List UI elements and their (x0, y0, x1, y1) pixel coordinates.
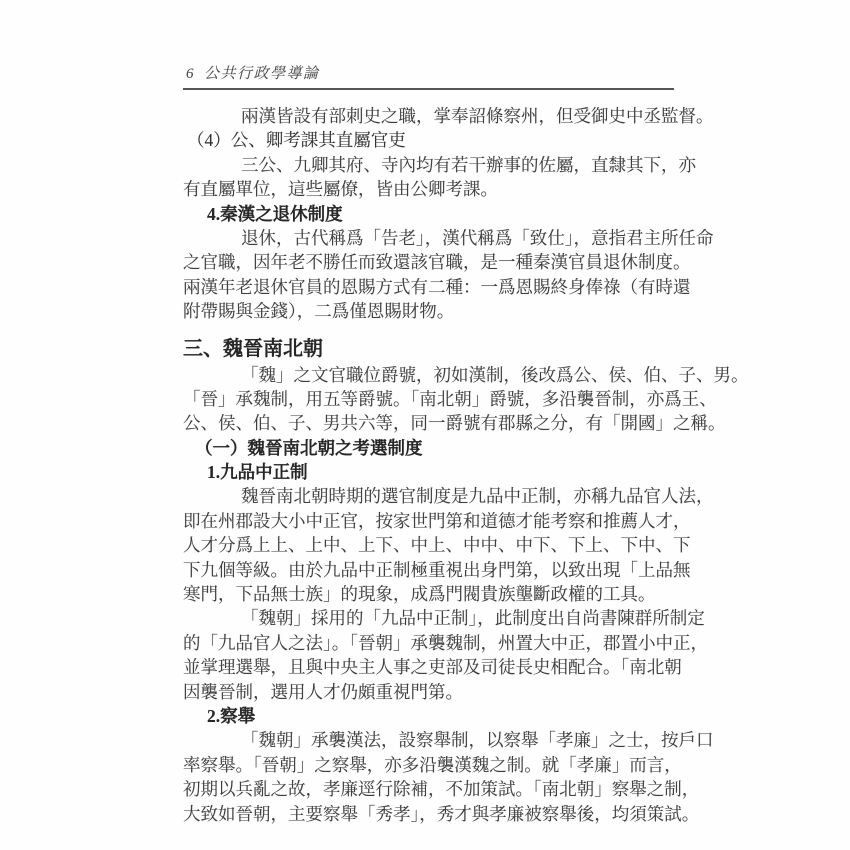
body-line: 因襲晉制，選用人才仍頗重視門第。 (183, 680, 683, 704)
body-line: 寒門，下品無士族」的現象，成爲門閥貴族壟斷政權的工具。 (183, 582, 683, 606)
body-line: 之官職，因年老不勝任而致還該官職，是一種秦漢官員退休制度。 (183, 250, 683, 274)
book-page: 6公共行政學導論 兩漢皆設有部刺史之職，掌奉詔條察州，但受御史中丞監督。 （4）… (0, 0, 850, 850)
heading-jiupin-zhongzheng: 1.九品中正制 (183, 460, 683, 484)
body-line: 三公、九卿其府、寺內均有若干辦事的佐屬，直隸其下，亦 (183, 153, 683, 177)
heading-kaoxuan-system: （一）魏晉南北朝之考選制度 (183, 436, 683, 460)
body-line: 率察舉。「晉朝」之察舉，亦多沿襲漢魏之制。就「孝廉」而言， (183, 753, 683, 777)
running-title: 公共行政學導論 (204, 66, 320, 82)
heading-item-4: （4）公、卿考課其直屬官吏 (183, 128, 683, 152)
body-line: 大致如晉朝，主要察舉「秀孝」，秀才與孝廉被察舉後，均須策試。 (183, 802, 683, 826)
body-line: 附帶賜與金錢），二爲僅恩賜財物。 (183, 299, 683, 323)
header-rule (183, 88, 674, 90)
page-number: 6 (186, 66, 195, 82)
body-line: 公、侯、伯、子、男共六等，同一爵號有郡縣之分，有「開國」之稱。 (183, 411, 683, 435)
running-header: 6公共行政學導論 (186, 62, 674, 83)
body-line: 並掌理選舉，且與中央主人事之吏部及司徒長史相配合。「南北朝 (183, 655, 683, 679)
body-line: 「魏」之文官職位爵號，初如漢制，後改爲公、侯、伯、子、男。 (183, 363, 683, 387)
heading-qin-han-retirement: 4.秦漢之退休制度 (183, 202, 683, 226)
body-line: 「晉」承魏制，用五等爵號。「南北朝」爵號，多沿襲晉制，亦爲王、 (183, 387, 683, 411)
body-line: 的「九品官人之法」。「晉朝」承襲魏制，州置大中正，郡置小中正， (183, 631, 683, 655)
body-line: 人才分爲上上、上中、上下、中上、中中、中下、下上、下中、下 (183, 533, 683, 557)
text-block: 兩漢皆設有部刺史之職，掌奉詔條察州，但受御史中丞監督。 （4）公、卿考課其直屬官… (183, 104, 683, 826)
body-line: 兩漢皆設有部刺史之職，掌奉詔條察州，但受御史中丞監督。 (183, 104, 683, 128)
heading-wei-jin-nanbeichao: 三、魏晉南北朝 (183, 336, 683, 362)
body-line: 初期以兵亂之故，孝廉逕行除補，不加策試。「南北朝」察舉之制， (183, 777, 683, 801)
body-line: 下九個等級。由於九品中正制極重視出身門第，以致出現「上品無 (183, 558, 683, 582)
body-line: 「魏朝」承襲漢法，設察舉制，以察舉「孝廉」之士，按戶口 (183, 728, 683, 752)
body-line: 有直屬單位，這些屬僚，皆由公卿考課。 (183, 177, 683, 201)
body-line: 「魏朝」採用的「九品中正制」，此制度出自尚書陳群所制定 (183, 606, 683, 630)
body-line: 魏晉南北朝時期的選官制度是九品中正制，亦稱九品官人法， (183, 484, 683, 508)
body-line: 退休，古代稱爲「告老」，漢代稱爲「致仕」，意指君主所任命 (183, 226, 683, 250)
body-line: 即在州郡設大小中正官，按家世門第和道德才能考察和推薦人才， (183, 509, 683, 533)
heading-chaju: 2.察舉 (183, 704, 683, 728)
body-line: 兩漢年老退休官員的恩賜方式有二種：一爲恩賜終身俸祿（有時還 (183, 275, 683, 299)
